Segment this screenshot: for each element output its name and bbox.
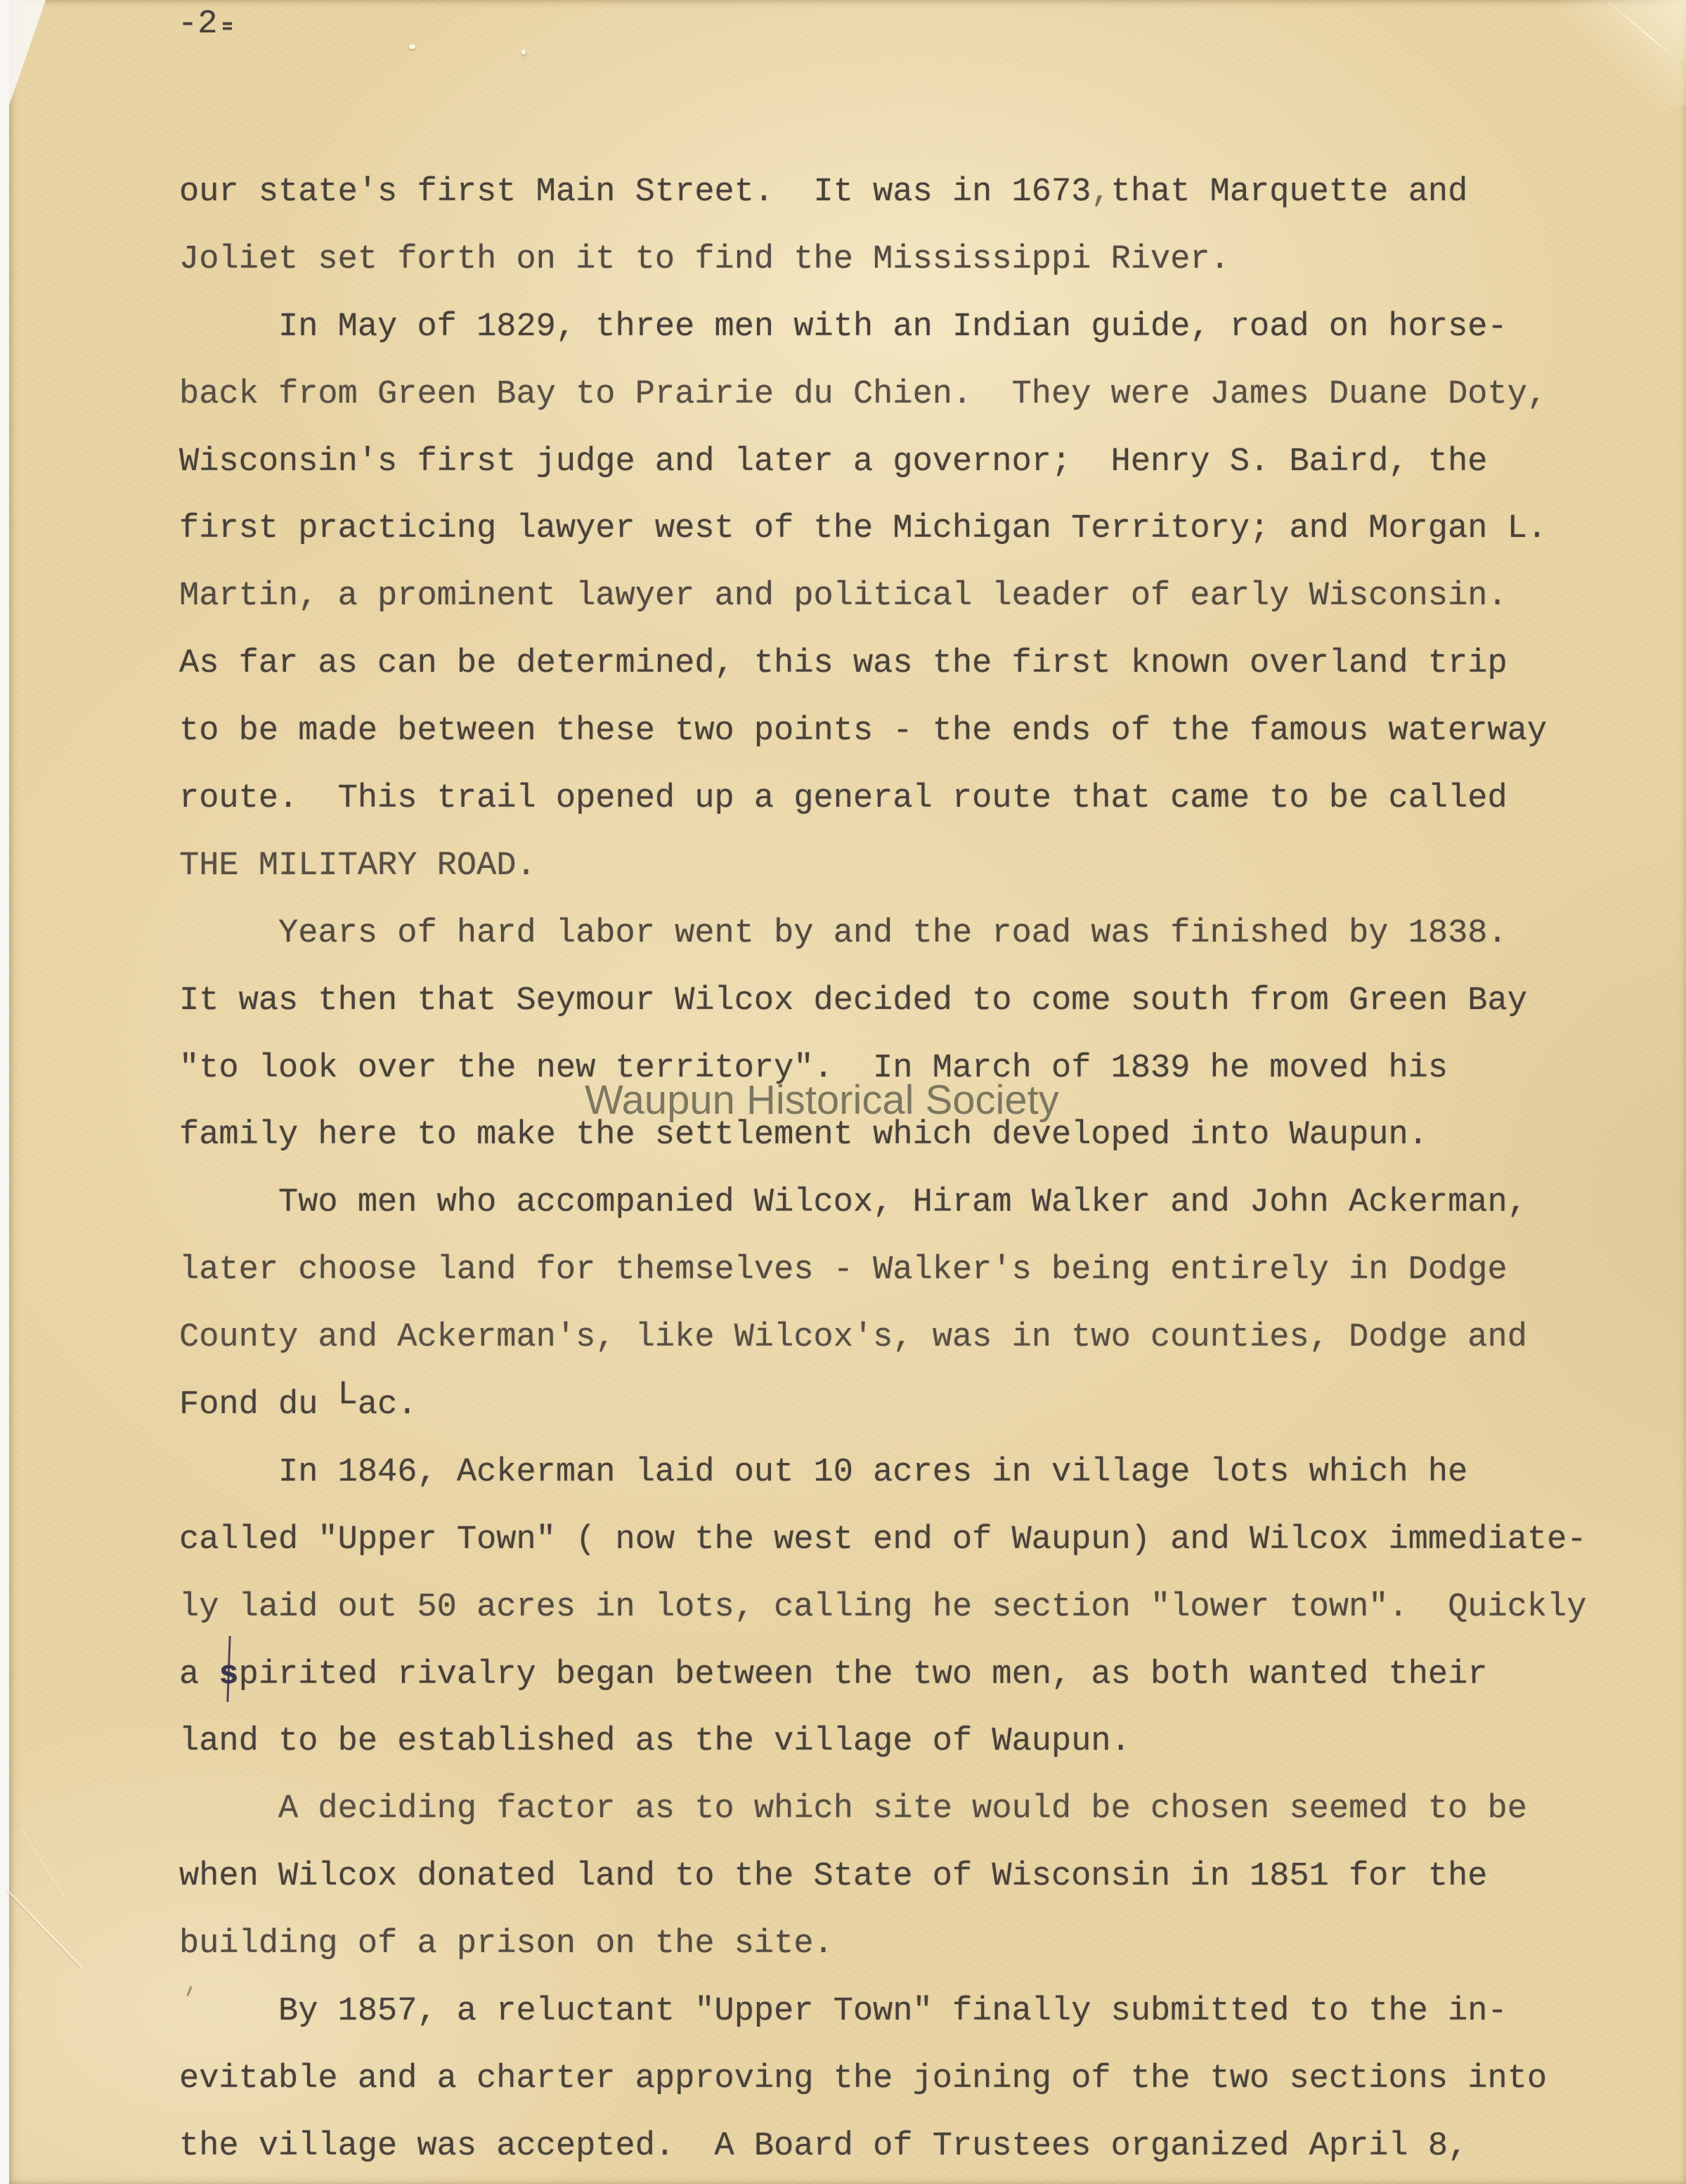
text-line: building of a prison on the site. [179, 1911, 1587, 1978]
text-segment: called "Upper Town" ( now the west end o… [179, 1521, 1587, 1559]
text-segment: when Wilcox donated land to the State of… [179, 1858, 1488, 1895]
text-line: to be made between these two points - th… [179, 698, 1587, 765]
text-segment: THE MILITARY ROAD. [179, 847, 536, 885]
text-line: the village was accepted. A Board of Tru… [179, 2113, 1587, 2180]
text-segment: A deciding factor as to which site would… [179, 1790, 1527, 1828]
text-line: Years of hard labor went by and the road… [179, 900, 1587, 968]
text-line: first practicing lawyer west of the Mich… [179, 495, 1587, 563]
text-segment: ly laid out 50 acres in lots, calling he… [179, 1589, 1587, 1626]
text-line: A deciding factor as to which site would… [179, 1776, 1587, 1843]
text-line: Two men who accompanied Wilcox, Hiram Wa… [179, 1169, 1587, 1237]
text-line: when Wilcox donated land to the State of… [179, 1843, 1587, 1911]
text-line: It was then that Seymour Wilcox decided … [179, 968, 1587, 1035]
text-segment: Fond du [179, 1386, 338, 1424]
text-segment: -2 [178, 6, 217, 43]
text-line: called "Upper Town" ( now the west end o… [179, 1507, 1587, 1574]
text-line: back from Green Bay to Prairie du Chien.… [179, 361, 1587, 429]
text-line: In 1846, Ackerman laid out 10 acres in v… [179, 1439, 1587, 1507]
text-segment: As far as can be determined, this was th… [179, 645, 1507, 682]
paper-speck [521, 49, 526, 55]
text-segment: later choose land for themselves - Walke… [179, 1252, 1507, 1289]
scanned-page: -2- Waupun Historical Society our state'… [0, 0, 1686, 2184]
text-segment: County and Ackerman's, like Wilcox's, wa… [179, 1319, 1527, 1356]
text-line: Joliet set forth on it to find the Missi… [179, 226, 1587, 294]
text-line: As far as can be determined, this was th… [179, 630, 1587, 698]
text-line: By 1857, a reluctant "Upper Town" finall… [179, 1978, 1587, 2046]
text-segment: evitable and a charter approving the joi… [179, 2060, 1547, 2098]
text-segment: to be made between these two points - th… [179, 713, 1547, 750]
text-segment: Years of hard labor went by and the road… [179, 915, 1507, 952]
document-text: our state's first Main Street. It was in… [179, 159, 1587, 2180]
text-segment: Two men who accompanied Wilcox, Hiram Wa… [179, 1184, 1527, 1221]
text-segment: , [1091, 159, 1110, 226]
text-line: evitable and a charter approving the joi… [179, 2046, 1587, 2113]
text-segment: building of a prison on the site. [179, 1925, 834, 1963]
text-segment: - [217, 6, 237, 43]
text-segment: ac. [358, 1386, 417, 1424]
text-line: Martin, a prominent lawyer and political… [179, 563, 1587, 630]
text-segment: pirited rivalry began between the two me… [239, 1656, 1488, 1694]
text-line: family here to make the settlement which… [179, 1102, 1587, 1169]
paper-fold-top-right [1538, 0, 1686, 105]
text-segment: Wisconsin's first judge and later a gove… [179, 443, 1488, 481]
text-line: land to be established as the village of… [179, 1708, 1587, 1776]
text-segment: back from Green Bay to Prairie du Chien.… [179, 376, 1547, 413]
text-segment: In May of 1829, three men with an Indian… [179, 308, 1507, 346]
text-line: later choose land for themselves - Walke… [179, 1237, 1587, 1304]
text-segment: our state's first Main Street. It was in… [179, 174, 1091, 211]
text-segment: "to look over the new territory". In Mar… [179, 1050, 1448, 1087]
text-segment: the village was accepted. A Board of Tru… [179, 2128, 1467, 2165]
text-line: "to look over the new territory". In Mar… [179, 1035, 1587, 1103]
text-segment: In 1846, Ackerman laid out 10 acres in v… [179, 1454, 1467, 1491]
text-segment: land to be established as the village of… [179, 1723, 1131, 1760]
text-line: ly laid out 50 acres in lots, calling he… [179, 1574, 1587, 1642]
text-line: County and Ackerman's, like Wilcox's, wa… [179, 1304, 1587, 1372]
text-segment: Martin, a prominent lawyer and political… [179, 578, 1507, 615]
text-segment: route. This trail opened up a general ro… [179, 780, 1507, 817]
text-segment: that Marquette and [1111, 174, 1468, 211]
text-segment: family here to make the settlement which… [179, 1117, 1428, 1154]
text-line: Fond du Lac. [179, 1372, 1587, 1439]
text-segment: a [179, 1656, 219, 1694]
paper-corner-fold [9, 0, 46, 105]
paper-speck [409, 44, 415, 49]
text-segment: It was then that Seymour Wilcox decided … [179, 982, 1527, 1020]
text-segment: s [219, 1642, 238, 1709]
text-line: Wisconsin's first judge and later a gove… [179, 429, 1587, 496]
text-line: our state's first Main Street. It was in… [179, 159, 1587, 226]
text-segment: first practicing lawyer west of the Mich… [179, 510, 1547, 547]
text-line: THE MILITARY ROAD. [179, 833, 1587, 900]
text-segment: Joliet set forth on it to find the Missi… [179, 241, 1230, 278]
text-segment: By 1857, a reluctant "Upper Town" finall… [179, 1993, 1507, 2030]
page-number: -2- [178, 6, 238, 43]
text-line: In May of 1829, three men with an Indian… [179, 294, 1587, 361]
text-line: a spirited rivalry began between the two… [179, 1642, 1587, 1709]
text-segment: L [338, 1362, 358, 1429]
text-line: route. This trail opened up a general ro… [179, 765, 1587, 833]
